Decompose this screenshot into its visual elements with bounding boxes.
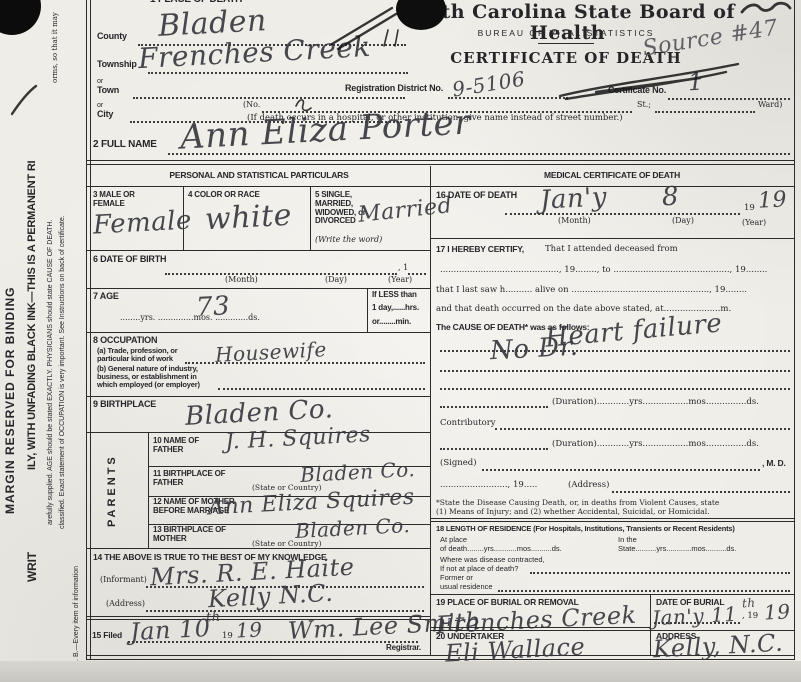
age-subcell-divider (367, 288, 368, 332)
filed-date-suffix: th (206, 610, 221, 626)
age-label: 7 AGE (93, 292, 119, 302)
street-line2 (655, 111, 755, 113)
margin-ink-note: ILY, WITH UNFADING BLACK INK—THIS IS A P… (26, 96, 38, 534)
divider-double-1b (86, 164, 794, 165)
former-line1: Former or (440, 574, 473, 582)
residence-label: 18 LENGTH OF RESIDENCE (For Hospitals, I… (436, 525, 735, 533)
parents-label: PARENTS (106, 444, 118, 538)
row-rule-13 (86, 548, 430, 549)
duration2-label: (Duration)............yrs...............… (552, 440, 759, 449)
dob-tail: , 1 (398, 264, 408, 273)
cause-line-3 (440, 388, 790, 390)
form-border-right (794, 0, 795, 660)
death-day-handwriting: 8 (661, 182, 680, 213)
dob-year-label: (Year) (388, 276, 412, 285)
burial-year-handwriting: 19 (763, 599, 791, 624)
death-certificate-scan: orms, so that it may MARGIN RESERVED FOR… (0, 0, 801, 682)
age-units: ........yrs. ..............mos. ........… (120, 314, 260, 323)
ward-label: Ward) (758, 101, 782, 110)
occupation-b3: which employed (or employer) (97, 381, 200, 389)
death-year-handwriting: 19 (757, 187, 787, 213)
corner-mark (742, 3, 790, 12)
marital-hint: (Write the word) (315, 236, 382, 245)
registration-district-label: Registration District No. (345, 84, 443, 94)
burial-year-printed: , 19 (742, 612, 758, 621)
occupation-label: 8 OCCUPATION (93, 336, 157, 346)
township-label: Township (97, 60, 137, 70)
no-field-mark (296, 100, 311, 111)
md-label: , M. D. (762, 459, 786, 468)
undertaker-cell-divider (650, 630, 651, 655)
header-rule (538, 43, 594, 44)
row-rule-17b (430, 521, 794, 522)
contributory-label: Contributory (440, 419, 496, 428)
duration1-leader (440, 406, 548, 408)
death-month-label: (Month) (558, 217, 591, 226)
margin-binding-note: MARGIN RESERVED FOR BINDING (4, 165, 17, 635)
burial-underline (430, 627, 650, 628)
form-border-left-outer (86, 0, 87, 660)
footnote-line2: (1) Means of Injury; and (2) whether Acc… (436, 508, 710, 516)
contracted-line2: If not at place of death? (440, 565, 518, 573)
signed-address-line (612, 491, 790, 493)
former-dots (498, 590, 790, 592)
filed-year-printed: 19 (222, 632, 233, 641)
dob-line (165, 273, 397, 275)
row-rule-18 (430, 594, 794, 595)
row-rule-5 (86, 250, 430, 251)
personal-section-header: PERSONAL AND STATISTICAL PARTICULARS (88, 171, 430, 180)
certify-label-rest: That I attended deceased from (545, 245, 678, 254)
father-birthplace-label: 11 BIRTHPLACE OF FATHER (153, 470, 231, 488)
divider-double-1a (86, 160, 794, 161)
medical-section-header: MEDICAL CERTIFICATE OF DEATH (430, 171, 794, 180)
filed-date-handwriting: Jan 10 (129, 614, 211, 646)
dob-label: 6 DATE OF BIRTH (93, 255, 166, 265)
county-label: County (97, 32, 127, 42)
town-line (133, 97, 405, 99)
race-handwriting: white (204, 198, 293, 238)
parents-cell-divider (148, 432, 149, 548)
date-of-death-label: 16 DATE OF DEATH (436, 191, 517, 201)
filed-label: 15 Filed (92, 631, 122, 640)
occupation-b-line (218, 388, 425, 390)
certify-line3: that I last saw h.......... alive on ...… (436, 286, 747, 295)
row-rule-16 (430, 238, 794, 239)
informant-label: (Informant) (100, 576, 147, 585)
father-birthplace-handwriting: Bladen Co. (299, 457, 415, 487)
contracted-dots (530, 572, 790, 574)
full-name-handwriting: Ann Eliza Porter (179, 102, 472, 157)
dob-day-label: (Day) (325, 276, 347, 285)
dob-month-label: (Month) (225, 276, 258, 285)
certificate-no-label: Certificate No. (608, 86, 666, 96)
father-name-label: 10 NAME OF FATHER (153, 437, 231, 455)
death-day-label: (Day) (672, 217, 694, 226)
form-border-left-inner (90, 0, 91, 660)
burial-date-suffix: th (742, 596, 756, 611)
contracted-line1: Where was disease contracted, (440, 556, 545, 564)
street-label: St.; (637, 101, 651, 110)
town-label: Town (97, 86, 119, 96)
full-name-label: 2 FULL NAME (93, 139, 157, 150)
row-rule-6 (86, 288, 430, 289)
state-line: State..........yrs............mos.......… (618, 545, 736, 553)
mother-birthplace-label: 13 BIRTHPLACE OF MOTHER (153, 526, 231, 544)
section-header-rule (86, 186, 794, 187)
birthplace-label: 9 BIRTHPLACE (93, 400, 156, 410)
occupation-a2: particular kind of work (97, 355, 173, 363)
contributory-line (495, 428, 790, 430)
registrar-label: Registrar. (386, 644, 421, 653)
duration2-leader (440, 448, 548, 450)
margin-top-note: orms, so that it may (52, 2, 60, 94)
if-less-label: If LESS than (372, 291, 417, 300)
paper-edge (0, 661, 801, 682)
death-year-label: (Year) (742, 219, 766, 228)
informant-address-handwriting: Kelly N.C. (207, 579, 334, 614)
signed-year-line: ........................., 19..... (440, 481, 537, 490)
cause-handwriting-2: No Dr. (489, 332, 579, 367)
city-label: City (97, 110, 113, 120)
cause-line-2 (440, 370, 790, 372)
sex-label: 3 MALE OR FEMALE (93, 191, 163, 209)
mother-birthplace-handwriting: Bladen Co. (294, 513, 410, 543)
death-month-handwriting: Jan'y (539, 182, 607, 215)
certify-label-bold: 17 I HEREBY CERTIFY, (436, 245, 524, 254)
informant-address-label: (Address) (106, 600, 145, 609)
sex-handwriting: Female (92, 205, 192, 240)
certify-line2: ........................................… (440, 266, 767, 275)
one-day-label: 1 day,......hrs. (372, 304, 419, 313)
cell-divider-4-5 (310, 186, 311, 250)
duration1-label: (Duration)............yrs...............… (552, 398, 759, 407)
or-min-label: or........min. (372, 318, 411, 327)
former-line2: usual residence (440, 583, 493, 591)
signed-address-label: (Address) (568, 481, 609, 490)
margin-instruction-1: arefully supplied. AGE should be stated … (47, 100, 55, 645)
death-year-printed: 19 (744, 204, 755, 213)
street-no-label: (No. (243, 101, 260, 110)
at-place-label: At place (440, 536, 467, 544)
column-divider (430, 166, 431, 655)
hole-punch (0, 0, 41, 35)
margin-instruction-2: classified. Exact statement of OCCUPATIO… (59, 100, 67, 645)
of-death-line: of death........yrs...........mos.......… (440, 545, 562, 553)
signed-label: (Signed) (440, 459, 477, 468)
row-rule-8 (86, 396, 430, 397)
certificate-no-handwriting: 1 (687, 68, 704, 97)
filed-year-handwriting: 19 (235, 617, 263, 642)
in-the-label: In the (618, 536, 637, 544)
signed-line (482, 469, 760, 471)
burial-date-handwriting: Jan'y 11 (651, 602, 738, 630)
row-rule-17a (430, 518, 794, 519)
footnote-line1: *State the Disease Causing Death, or, in… (436, 499, 719, 507)
margin-writ-note: WRIT (26, 535, 39, 599)
row-rule-7 (86, 332, 430, 333)
